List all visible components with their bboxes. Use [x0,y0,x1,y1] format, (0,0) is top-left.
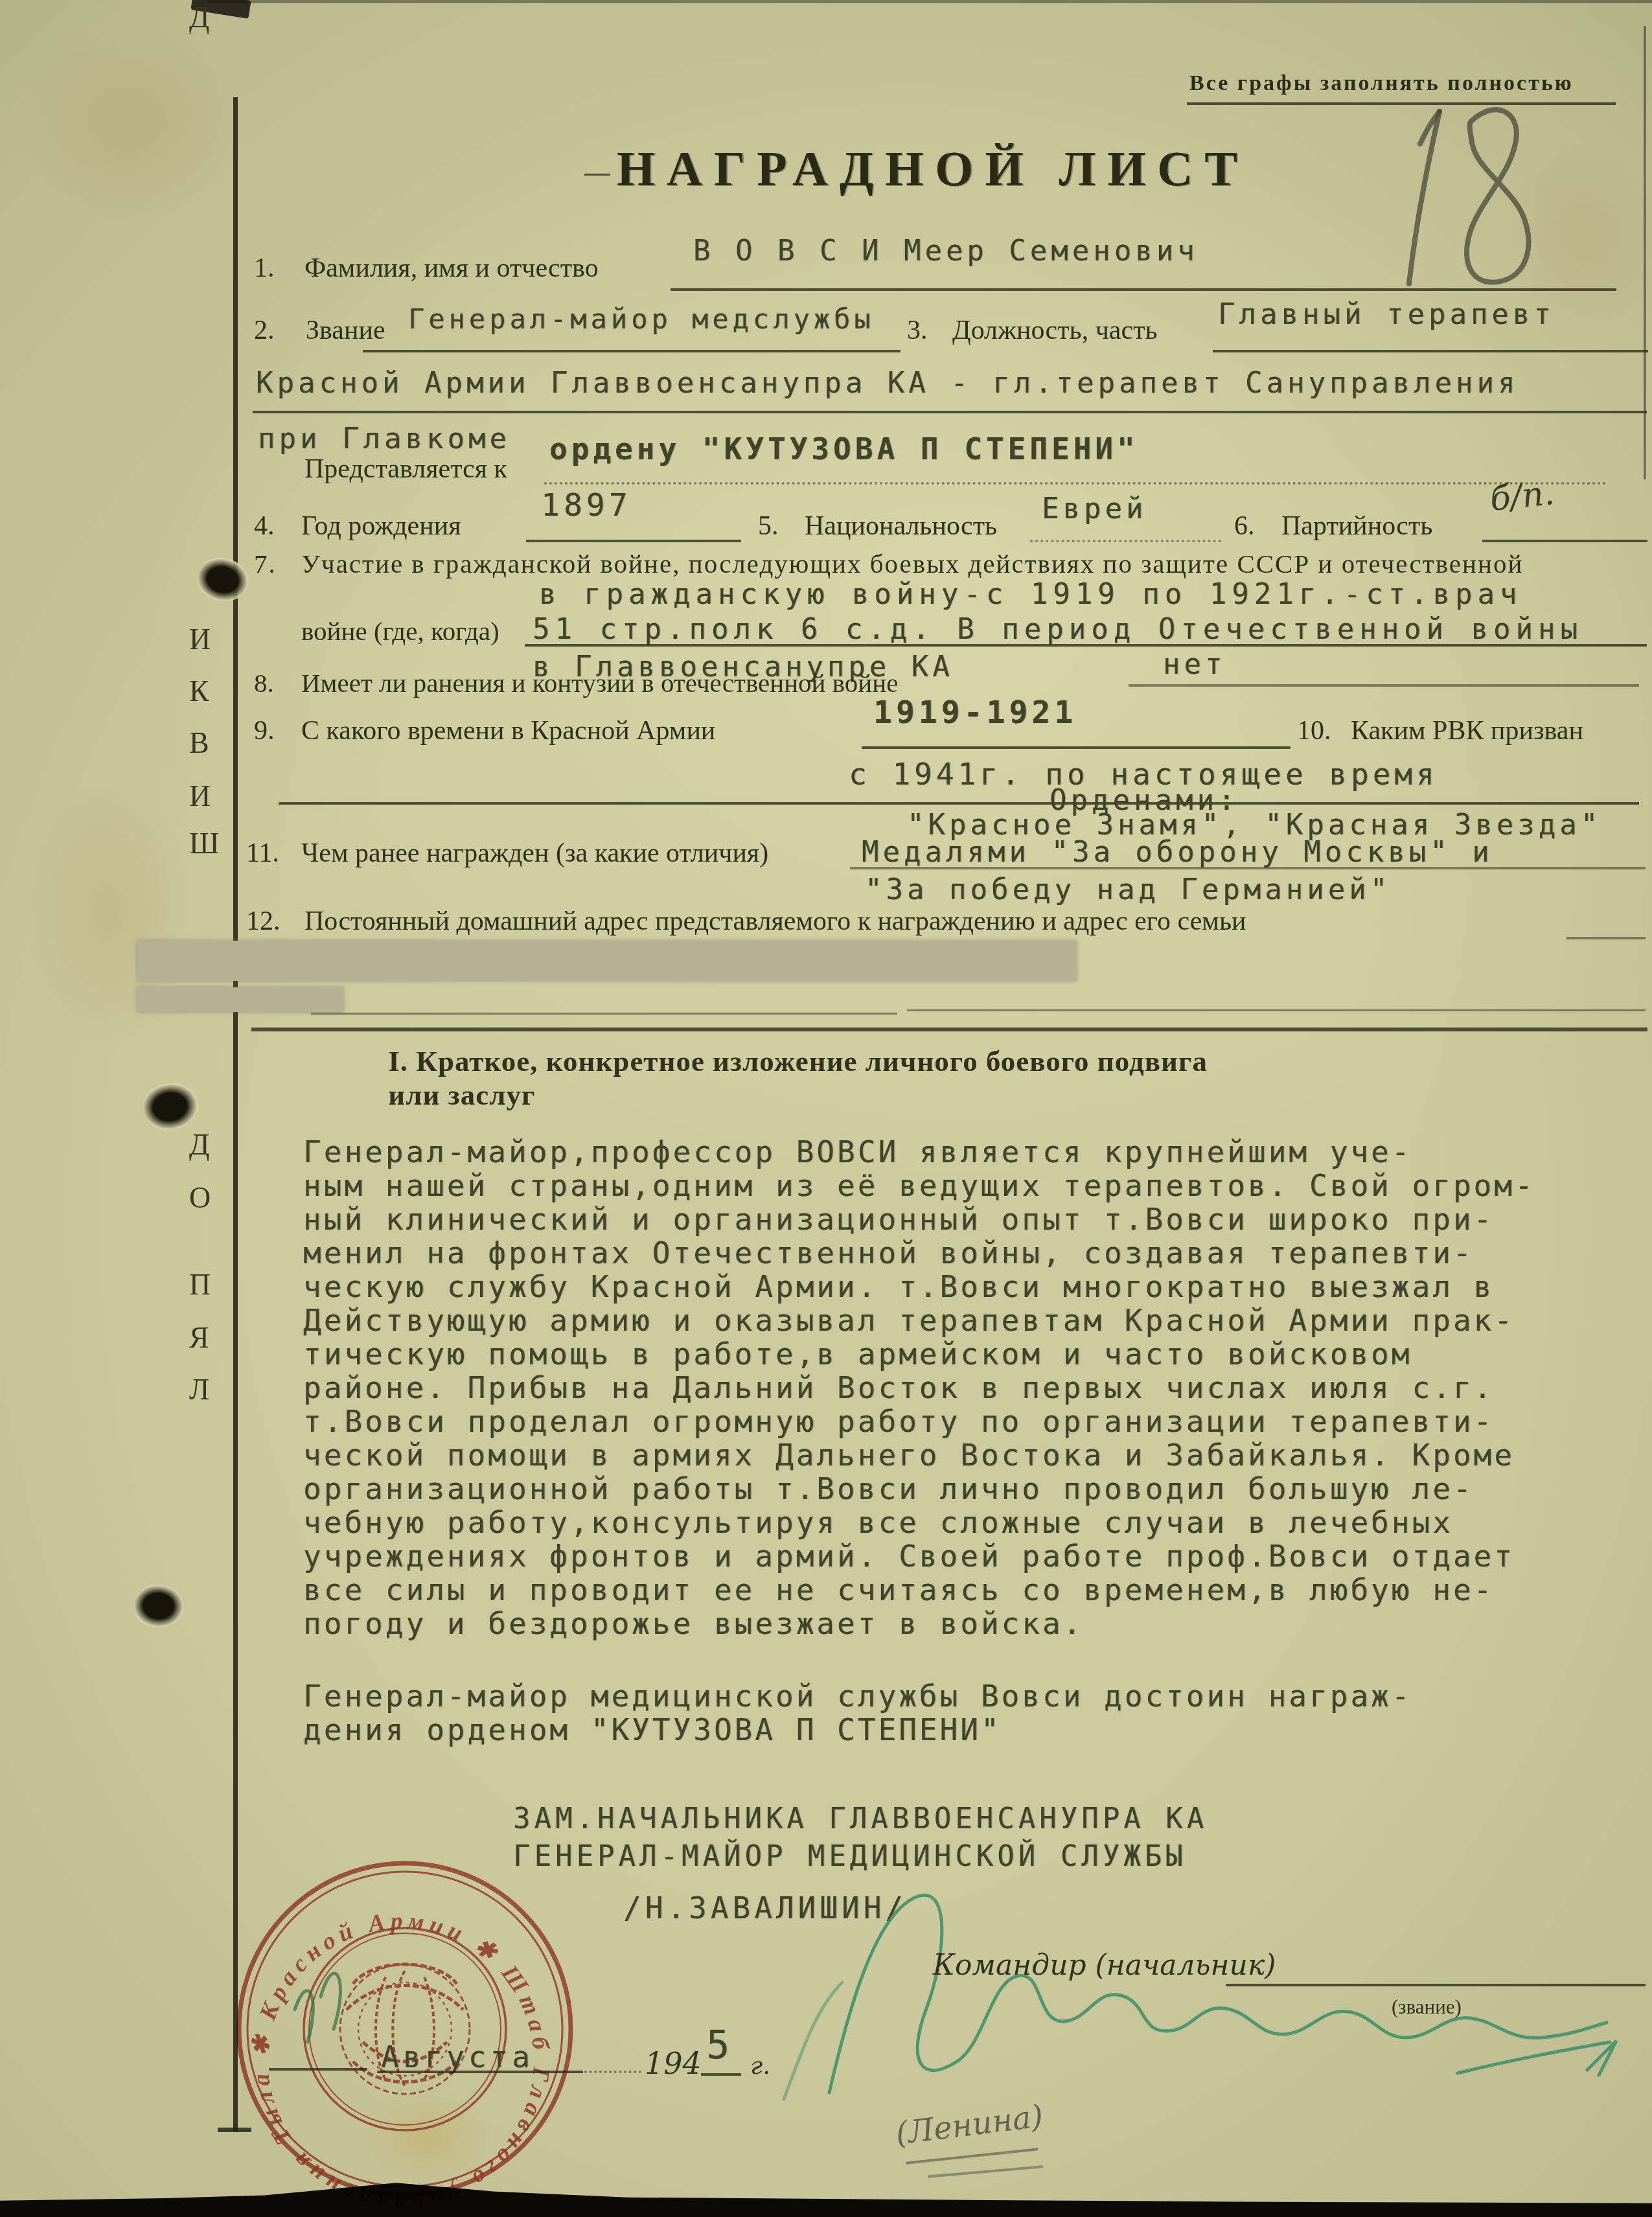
field6-value: б/п. [1488,474,1556,519]
pencil-underline [906,2148,1038,2164]
margin-letter: Я [189,1320,209,1355]
redaction-box-large [137,941,1077,981]
field6-number: 6. [1234,511,1255,542]
citation-line: ный клинический и организационный опыт т… [303,1202,1535,1236]
field5-number: 5. [758,511,779,542]
margin-letter: П [189,1267,211,1302]
representation-label: Представляется к [304,454,507,485]
field9-label: С какого времени в Красной Армии [301,715,715,746]
field6-label: Партийность [1281,511,1432,542]
conclusion-line: Генерал-майор медицинской службы Вовси д… [303,1679,1412,1713]
margin-letter: В [189,726,209,760]
citation-line: тическую помощь в работе,в армейском и ч… [303,1337,1535,1371]
margin-letter: О [189,1180,211,1215]
rank-sublabel: (звание) [1392,1995,1462,2019]
field8-value: нет [1163,648,1226,681]
conclusion-text: Генерал-майор медицинской службы Вовси д… [303,1679,1412,1747]
field3-label: Должность, часть [952,315,1158,346]
field1-number: 1. [254,253,275,284]
field2-number: 2. [254,315,275,346]
field12-label: Постоянный домашний адрес представляемог… [304,906,1246,937]
field3-value-line3: при Главкоме [258,422,511,455]
field8-label: Имеет ли ранения и контузии в отечествен… [301,667,898,698]
citation-line: Действующую армию и оказывал терапевтам … [303,1304,1535,1337]
field12-number: 12. [246,906,281,937]
date-year-printed: 194 [645,2046,702,2081]
citation-line: Генерал-майор,профессор ВОВСИ является к… [303,1135,1535,1169]
bottom-pencil-note: (Ленина) [893,2098,1045,2152]
field10-number: 10. [1297,715,1331,746]
citation-line: ческой помощи в армиях Дальнего Востока … [303,1438,1535,1472]
date-month: Августа [381,2039,534,2074]
margin-letter: И [189,622,211,656]
field3-value-line2: Красной Армии Главвоенсанупра КА - гл.те… [256,367,1519,400]
pencil-underline [928,2165,1043,2177]
field7-label-line2: войне (где, когда) [301,615,499,647]
margin-letter: И [189,779,211,813]
margin-letter: Д [189,1127,209,1162]
citation-line: районе. Прибыв на Дальний Восток в первы… [303,1371,1535,1405]
page-title: НАГРАДНОЙ ЛИСТ [617,141,1249,198]
field10-label: Каким РВК призван [1351,715,1583,746]
field3-value-line1: Главный терапевт [1218,298,1555,331]
citation-line: ческую службу Красной Армии. т.Вовси мно… [303,1270,1535,1304]
punch-hole [133,1583,185,1629]
field7-label-line1: Участие в гражданской войне, последующих… [301,548,1523,579]
field1-value: В О В С И Меер Семенович [693,235,1199,268]
citation-line: организационной работы т.Вовси лично про… [303,1472,1535,1506]
field7-number: 7. [254,548,277,579]
representation-value: ордену "КУТУЗОВА П СТЕПЕНИ" [549,431,1139,466]
redaction-box-small [137,987,343,1012]
punch-hole [141,1080,201,1134]
field11-number: 11. [246,838,279,869]
section1-heading: I. Краткое, конкретное изложение личного… [388,1044,1214,1112]
commander-label: Командир (начальник) [933,1949,1276,1982]
field4-number: 4. [254,511,275,542]
citation-line: учреждениях фронтов и армий. Своей работ… [303,1539,1535,1573]
citation-line: погоду и бездорожье выезжает в войска. [303,1607,1535,1640]
field11-label: Чем ранее награжден (за какие отличия) [301,838,768,869]
field5-value: Еврей [1042,492,1147,525]
award-sheet-page: ИКВИШДОПЯЛД Все графы заполнять полность… [0,0,1652,2217]
margin-vertical-line [233,97,238,2131]
conclusion-line: дения орденом "КУТУЗОВА П СТЕПЕНИ" [303,1713,1412,1747]
citation-line: все силы и проводит ее не считаясь со вр… [303,1573,1535,1607]
citation-line: чебную работу,консультируя все сложные с… [303,1506,1535,1539]
field4-label: Год рождения [301,511,461,542]
field9-value: 1919-1921 [873,695,1077,731]
field8-number: 8. [254,667,274,698]
pencil-number-18 [1348,78,1555,292]
round-stamp: Красной Армии ✱ Штаб Главного управления… [224,1848,586,2211]
field3-number: 3. [907,315,928,346]
field4-value: 1897 [541,487,632,523]
date-year-digit: 5 [706,2023,733,2068]
field9-number: 9. [254,715,275,746]
field1-label: Фамилия, имя и отчество [304,253,599,284]
margin-letter: Л [189,1372,209,1407]
field11-value-line3: "За победу над Германией" [865,873,1391,906]
margin-letter: Д [189,0,209,34]
citation-line: менил на фронтах Отечественной войны, со… [303,1236,1535,1270]
scan-edge-top [207,0,1652,3]
field2-value: Генерал-майор медслужбы [408,303,875,335]
punch-hole [194,553,253,607]
citation-text: Генерал-майор,профессор ВОВСИ является к… [303,1135,1535,1640]
paper-stain [19,26,240,220]
field7-value-line1: в гражданскую войну-с 1919 по 1921г.-ст.… [539,578,1522,611]
field5-label: Национальность [805,511,997,542]
margin-letter: К [189,674,209,708]
date-year-suffix: г. [750,2051,770,2080]
field11-value-line2: Медалями "За оборону Москвы" и [862,836,1493,869]
citation-line: т.Вовси проделал огромную работу по орга… [303,1405,1535,1438]
field7-value-line2: 51 стр.полк 6 с.д. В период Отечественно… [533,613,1583,646]
margin-letter: Ш [189,826,219,860]
field2-label: Звание [306,315,385,346]
citation-line: ным нашей страны,одним из её ведущих тер… [303,1169,1535,1202]
